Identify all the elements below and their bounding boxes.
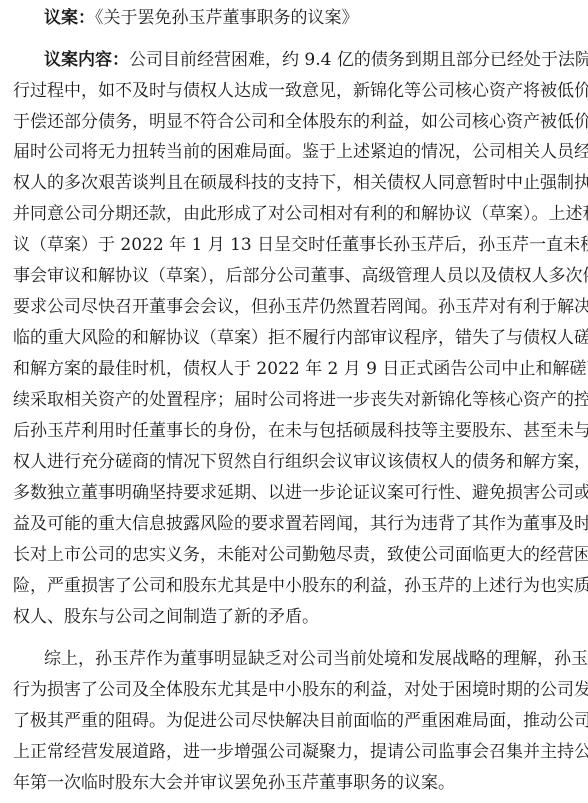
paragraph-line: 届时公司将无力扭转当前的困难局面。鉴于上述紧迫的情况，公司相关人员经过与债 bbox=[13, 142, 575, 162]
content-label: 议案内容： bbox=[44, 50, 129, 70]
paragraph-line: 事会审议和解协议（草案），后部分公司董事、高级管理人员以及债权人多次催促并 bbox=[13, 266, 575, 286]
paragraph-line: 续采取相关资产的处置程序；届时公司将进一步丧失对新锦化等核心资产的控制权； bbox=[13, 390, 575, 410]
paragraph-line: 行为损害了公司及全体股东尤其是中小股东的利益，对处于困境时期的公司发展产生 bbox=[13, 680, 575, 700]
paragraph-line: 综上，孙玉芹作为董事明显缺乏对公司当前处境和发展战略的理解，孙玉芹上述 bbox=[44, 649, 575, 669]
paragraph-line: 益及可能的重大信息披露风险的要求置若罔闻，其行为违背了其作为董事及时任董事 bbox=[13, 514, 575, 534]
paragraph-line: 和解方案的最佳时机，债权人于 2022 年 2 月 9 日正式函告公司中止和解磋… bbox=[13, 359, 575, 379]
paragraph-line: 权人的多次艰苦谈判且在硕晟科技的支持下，相关债权人同意暂时中止强制执行程序 bbox=[13, 173, 575, 193]
paragraph-line: 要求公司尽快召开董事会会议，但孙玉芹仍然置若罔闻。孙玉芹对有利于解决公司面 bbox=[13, 297, 575, 317]
paragraph-line: 临的重大风险的和解协议（草案）拒不履行内部审议程序，错失了与债权人磋商债务 bbox=[13, 328, 575, 348]
paragraph-line: 并同意公司分期还款，由此形成了对公司相对有利的和解协议（草案）。上述和解协 bbox=[13, 204, 575, 224]
paragraph-line: 议案内容：公司目前经营困难，约 9.4 亿的债务到期且部分已经处于法院强制执 bbox=[44, 50, 575, 70]
paragraph-line: 年第一次临时股东大会并审议罢免孙玉芹董事职务的议案。 bbox=[13, 773, 575, 793]
paragraph-line: 议（草案）于 2022 年 1 月 13 日呈交时任董事长孙玉芹后，孙玉芹一直未… bbox=[13, 235, 575, 255]
paragraph-line: 后孙玉芹利用时任董事长的身份，在未与包括硕晟科技等主要股东、甚至未与相关债 bbox=[13, 421, 575, 441]
paragraph-line: 权人、股东与公司之间制造了新的矛盾。 bbox=[13, 607, 575, 627]
paragraph-line: 于偿还部分债务，明显不符合公司和全体股东的利益，如公司核心资产被低价变卖， bbox=[13, 112, 575, 132]
proposal-label: 议案： bbox=[44, 8, 95, 28]
paragraph-line: 了极其严重的阻碍。为促进公司尽快解决目前面临的严重困难局面，推动公司逐步走 bbox=[13, 711, 575, 731]
proposal-title-line: 议案：《关于罢免孙玉芹董事职务的议案》 bbox=[44, 8, 575, 28]
paragraph-line: 险，严重损害了公司和股东尤其是中小股东的利益，孙玉芹的上述行为也实质上在债 bbox=[13, 576, 575, 596]
proposal-title: 《关于罢免孙玉芹董事职务的议案》 bbox=[95, 8, 359, 28]
paragraph-line: 行过程中，如不及时与债权人达成一致意见，新锦化等公司核心资产将被低价变卖用 bbox=[13, 81, 575, 101]
paragraph-line: 长对上市公司的忠实义务，未能对公司勤勉尽责，致使公司面临更大的经营困难及风 bbox=[13, 545, 575, 565]
paragraph-line: 多数独立董事明确坚持要求延期、以进一步论证议案可行性、避免损害公司或股东权 bbox=[13, 483, 575, 503]
paragraph-line: 上正常经营发展道路，进一步增强公司凝聚力，提请公司监事会召集并主持公司 2022 bbox=[13, 742, 575, 762]
paragraph-line: 权人进行充分磋商的情况下贸然自行组织会议审议该债权人的债务和解方案，且期间 bbox=[13, 452, 575, 472]
